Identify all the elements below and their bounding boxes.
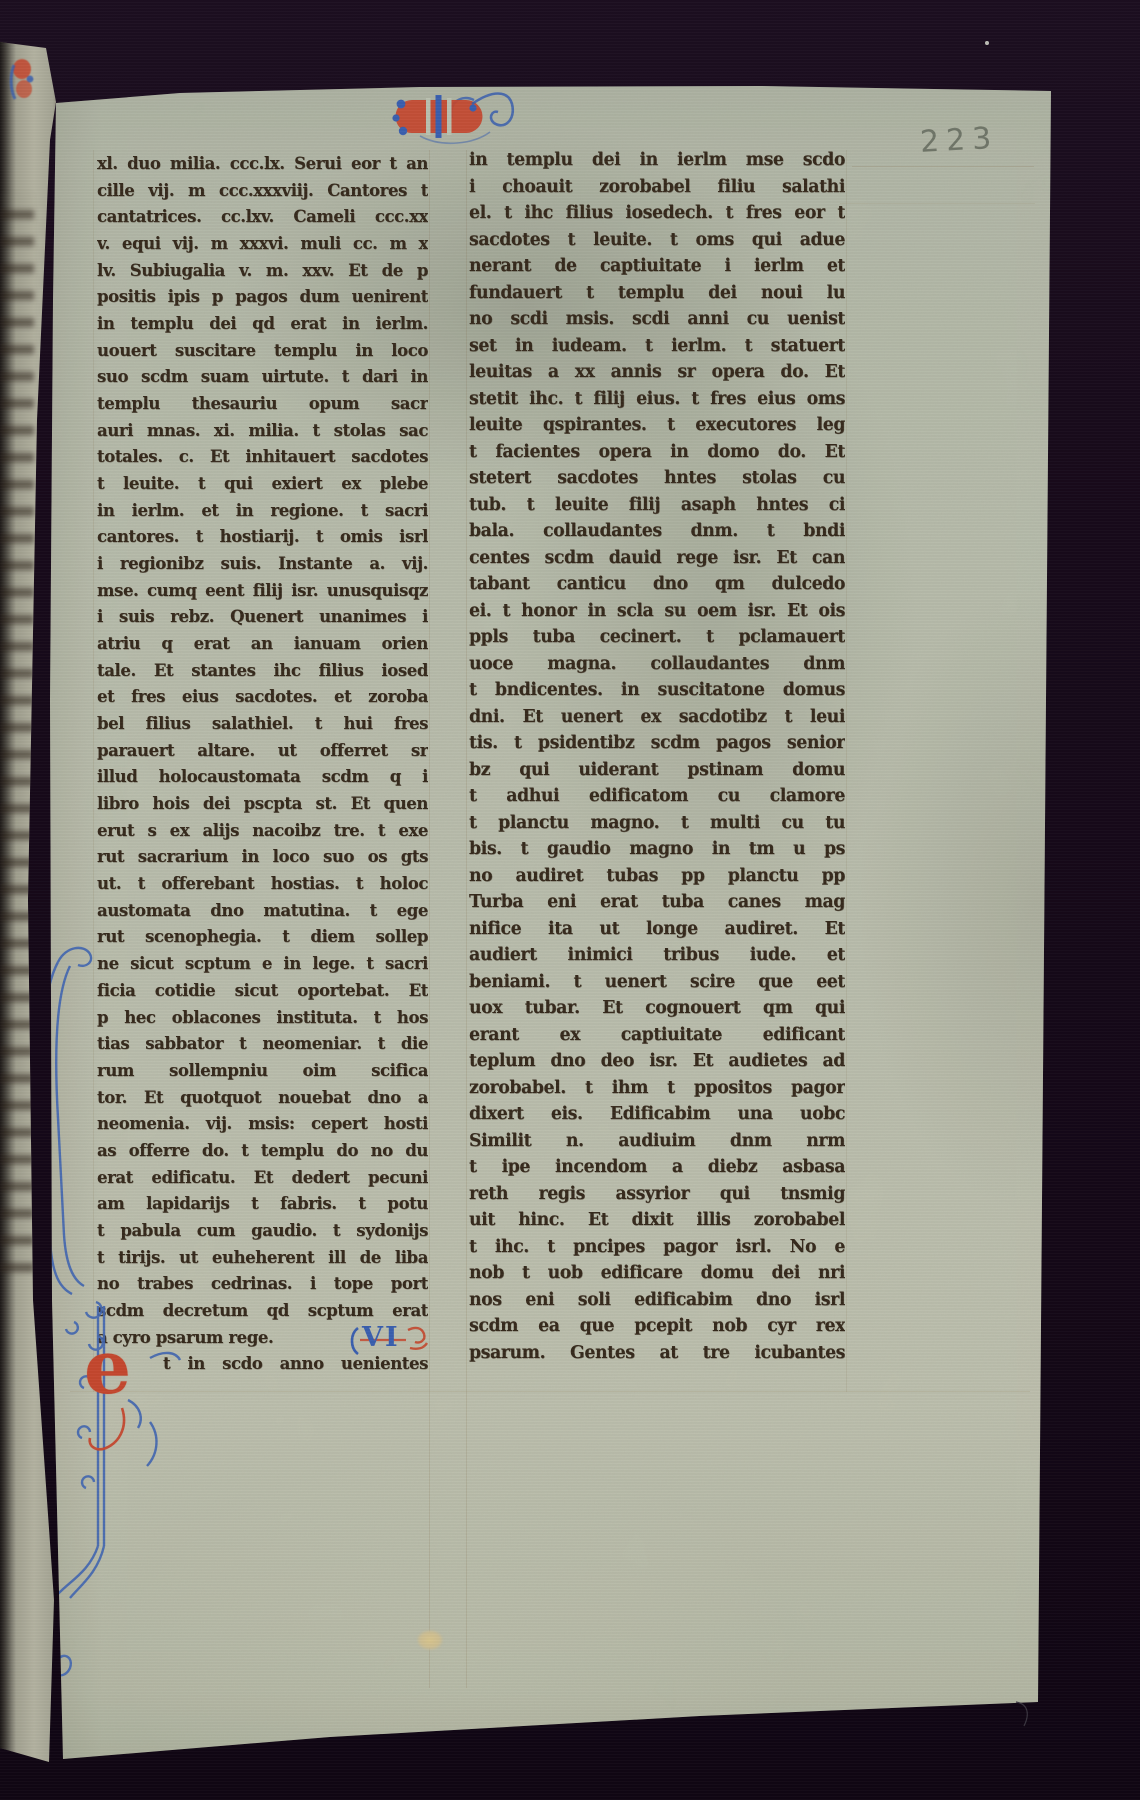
- text-line: ei. t honor in scla su oem isr. Et ois: [469, 598, 845, 625]
- ruling-line: [840, 203, 1035, 204]
- text-line: uoce magna. collaudantes dnm: [469, 651, 845, 678]
- text-line: bel filius salathiel. t hui fres: [97, 711, 428, 738]
- text-line: cantatrices. cc.lxv. Cameli ccc.xx: [97, 204, 428, 231]
- manuscript-page: 223 xl. duo milia. ccc.lx. Serui eor t a…: [0, 0, 1140, 1800]
- text-line: leuitas a xx annis sr opera do. Et: [469, 359, 845, 386]
- text-line: nos eni soli edificabim dno isrl: [469, 1287, 845, 1314]
- text-line: bz qui uiderant pstinam domu: [469, 757, 845, 784]
- chapter-number: VI: [362, 1322, 400, 1353]
- text-line: t facientes opera in domo do. Et: [469, 439, 845, 466]
- text-line: atriu q erat an ianuam orien: [97, 631, 428, 658]
- text-line: rut sacrarium in loco suo os gts: [97, 844, 428, 871]
- text-line: nerant de captiuitate i ierlm et: [469, 253, 845, 280]
- text-line: et fres eius sacdotes. et zoroba: [97, 684, 428, 711]
- text-line: totales. c. Et inhitauert sacdotes: [97, 444, 428, 471]
- decorated-initial: E: [84, 1336, 131, 1400]
- text-line: lv. Subiugalia v. m. xxv. Et de p: [97, 258, 428, 285]
- text-line: in templu dei in ierlm mse scdo: [469, 147, 845, 174]
- text-line: xl. duo milia. ccc.lx. Serui eor t an: [97, 151, 428, 178]
- text-line: erut s ex alijs nacoibz tre. t exe: [97, 818, 428, 845]
- text-line: nob t uob edificare domu dei nri: [469, 1260, 845, 1287]
- text-line: reth regis assyrior qui tnsmig: [469, 1181, 845, 1208]
- folio-number: 223: [919, 119, 1031, 160]
- text-line: psarum. Gentes at tre icubantes: [469, 1340, 845, 1367]
- text-line: el. t ihc filius iosedech. t fres eor t: [469, 200, 845, 227]
- ruling-line: [846, 150, 847, 1392]
- text-line: dni. Et uenert ex sacdotibz t leui: [469, 704, 845, 731]
- text-line: t adhui edificatom cu clamore: [469, 783, 845, 810]
- text-line: t ihc. t pncipes pagor isrl. No e: [469, 1234, 845, 1261]
- text-line: ut. t offerebant hostias. t holoc: [97, 871, 428, 898]
- text-line: zorobabel. t ihm t ppositos pagor: [469, 1075, 845, 1102]
- facing-page-running-title-mark: [8, 55, 42, 105]
- text-line: set in iudeam. t ierlm. t statuert: [469, 333, 845, 360]
- text-line: libro hois dei pscpta st. Et quen: [97, 791, 428, 818]
- text-line: centes scdm dauid rege isr. Et can: [469, 545, 845, 572]
- text-line: in ierlm. et in regione. t sacri: [97, 498, 428, 525]
- text-line: cille vij. m ccc.xxxviij. Cantores t: [97, 178, 428, 205]
- text-line: uox tubar. Et cognouert qm qui: [469, 995, 845, 1022]
- text-line: t leuite. t qui exiert ex plebe: [97, 471, 428, 498]
- text-line: tub. t leuite filij asaph hntes ci: [469, 492, 845, 519]
- text-line: stetit ihc. t filij eius. t fres eius om…: [469, 386, 845, 413]
- text-line: auri mnas. xi. milia. t stolas sac: [97, 418, 428, 445]
- text-line: uit hinc. Et dixit illis zorobabel: [469, 1207, 845, 1234]
- ruling-line: [852, 166, 1034, 167]
- text-line: stetert sacdotes hntes stolas cu: [469, 465, 845, 492]
- text-line: parauert altare. ut offerret sr: [97, 738, 428, 765]
- dust-speck: [985, 41, 989, 45]
- text-line: tale. Et stantes ihc filius iosed: [97, 658, 428, 685]
- text-line: teplum dno deo isr. Et audietes ad: [469, 1048, 845, 1075]
- text-line: sacdotes t leuite. t oms qui adue: [469, 227, 845, 254]
- text-line: t ipe incendom a diebz asbasa: [469, 1154, 845, 1181]
- text-line: tis. t psidentibz scdm pagos senior: [469, 730, 845, 757]
- text-line: bis. t gaudio magno in tm u ps: [469, 836, 845, 863]
- text-line: i suis rebz. Quenert unanimes i: [97, 604, 428, 631]
- text-line: mse. cumq eent filij isr. unusquisqz: [97, 578, 428, 605]
- text-line: fundauert t templu dei noui lu: [469, 280, 845, 307]
- text-line: dixert eis. Edificabim una uobc: [469, 1101, 845, 1128]
- text-line: bala. collaudantes dnm. t bndi: [469, 518, 845, 545]
- text-line: audiert inimici tribus iude. et: [469, 942, 845, 969]
- text-line: scdm ea que pcepit nob cyr rex: [469, 1313, 845, 1340]
- ruling-line: [429, 150, 430, 1688]
- loose-thread: [1014, 1698, 1040, 1728]
- text-column-right: in templu dei in ierlm mse scdoi choauit…: [469, 147, 845, 1366]
- text-line: illud holocaustomata scdm q i: [97, 764, 428, 791]
- chapter-rubric: VI: [346, 1322, 436, 1362]
- text-line: leuite qspirantes. t executores leg: [469, 412, 845, 439]
- text-line: beniami. t uenert scire que eet: [469, 969, 845, 996]
- text-line: suo scdm suam uirtute. t dari in: [97, 364, 428, 391]
- text-line: no scdi msis. scdi anni cu uenist: [469, 306, 845, 333]
- running-title-esdras-iii: [390, 78, 530, 148]
- text-line: tabant canticu dno qm dulcedo: [469, 571, 845, 598]
- text-line: cantores. t hostiarij. t omis isrl: [97, 524, 428, 551]
- facing-page-blurred-text: [0, 192, 34, 1272]
- text-line: in templu dei qd erat in ierlm.: [97, 311, 428, 338]
- text-line: v. equi vij. m xxxvi. muli cc. m x: [97, 231, 428, 258]
- text-line: t bndicentes. in suscitatone domus: [469, 677, 845, 704]
- ruling-line: [466, 150, 467, 1688]
- text-line: no audiret tubas pp planctu pp: [469, 863, 845, 890]
- text-line: i choauit zorobabel filiu salathi: [469, 174, 845, 201]
- text-line: positis ipis p pagos dum uenirent: [97, 284, 428, 311]
- text-line: i regionibz suis. Instante a. vij.: [97, 551, 428, 578]
- text-line: austomata dno matutina. t ege: [97, 898, 428, 925]
- text-line: erant ex captiuitate edificant: [469, 1022, 845, 1049]
- text-line: t planctu magno. t multi cu tu: [469, 810, 845, 837]
- text-line: templu thesauriu opum sacr: [97, 391, 428, 418]
- text-line: Similit n. audiuim dnm nrm: [469, 1128, 845, 1155]
- text-line: uouert suscitare templu in loco: [97, 338, 428, 365]
- text-line: Turba eni erat tuba canes mag: [469, 889, 845, 916]
- manuscript-photo: 223 xl. duo milia. ccc.lx. Serui eor t a…: [0, 0, 1140, 1800]
- text-line: ppls tuba cecinert. t pclamauert: [469, 624, 845, 651]
- text-line: nifice ita ut longe audiret. Et: [469, 916, 845, 943]
- stain-spot: [417, 1630, 443, 1650]
